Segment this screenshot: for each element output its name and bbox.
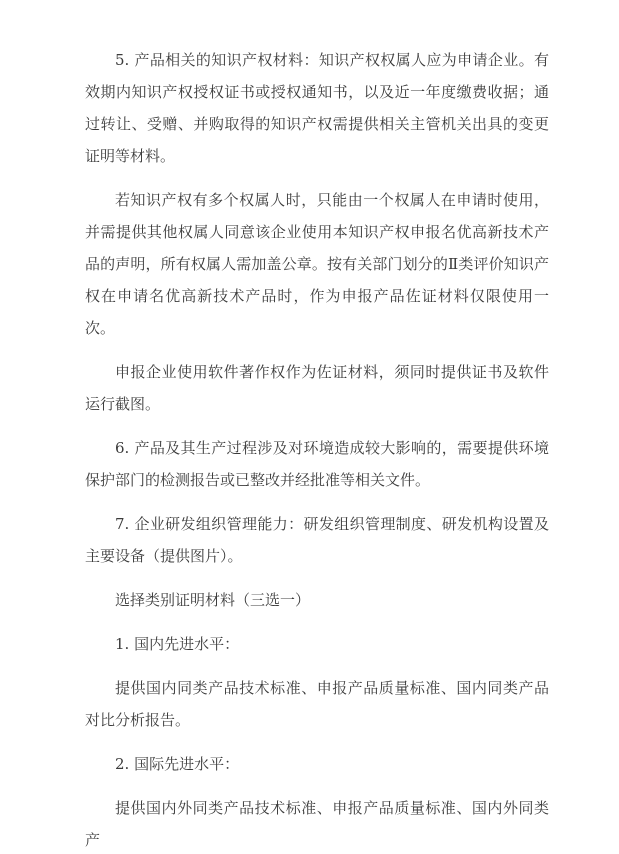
paragraph-category-proof-title: 选择类别证明材料（三选一）: [85, 584, 549, 616]
paragraph-multiple-owners: 若知识产权有多个权属人时，只能由一个权属人在申请时使用，并需提供其他权属人同意该…: [85, 184, 549, 344]
paragraph-software-copyright: 申报企业使用软件著作权作为佐证材料，须同时提供证书及软件运行截图。: [85, 356, 549, 420]
paragraph-domestic-level-detail: 提供国内同类产品技术标准、申报产品质量标准、国内同类产品对比分析报告。: [85, 672, 549, 736]
paragraph-environmental-impact: 6. 产品及其生产过程涉及对环境造成较大影响的，需要提供环境保护部门的检测报告或…: [85, 432, 549, 496]
paragraph-intl-level-detail: 提供国内外同类产品技术标准、申报产品质量标准、国内外同类产: [85, 792, 549, 854]
paragraph-rd-management: 7. 企业研发组织管理能力：研发组织管理制度、研发机构设置及主要设备（提供图片）…: [85, 508, 549, 572]
document-page: 5. 产品相关的知识产权材料：知识产权权属人应为申请企业。有效期内知识产权授权证…: [0, 0, 619, 854]
paragraph-domestic-level-title: 1. 国内先进水平：: [85, 628, 549, 660]
paragraph-ip-materials: 5. 产品相关的知识产权材料：知识产权权属人应为申请企业。有效期内知识产权授权证…: [85, 44, 549, 172]
paragraph-intl-level-title: 2. 国际先进水平：: [85, 748, 549, 780]
